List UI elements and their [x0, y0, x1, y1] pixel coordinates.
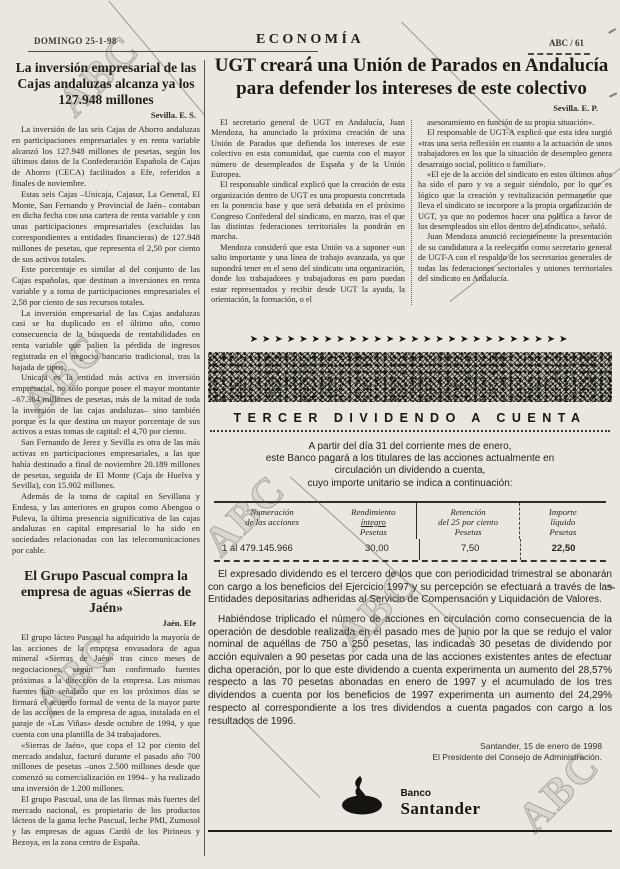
article1-paragraph: La inversión de las seis Cajas de Ahorro… [12, 124, 200, 189]
article1-paragraph: San Fernando de Jerez y Sevilla es otra … [12, 437, 200, 491]
left-column: La inversión empresarial de las Cajas an… [12, 60, 200, 848]
ad-intro-line: circulación un dividendo a cuenta, [208, 465, 612, 477]
main-article-paragraph: El responsable de UGT-A explicó que esta… [418, 128, 612, 170]
article2-headline: El Grupo Pascual compra la empresa de ag… [12, 568, 200, 616]
main-article-paragraph: Juan Mendoza anunció recientemente la pr… [418, 232, 612, 284]
col-header-retencion: Retención del 25 por ciento Pesetas [417, 503, 519, 539]
ad-intro-line: A partir del día 31 del corriente mes de… [208, 441, 612, 453]
page-number: ABC / 61 [549, 38, 584, 48]
section-title: ECONOMÍA [0, 32, 620, 48]
santander-logo: Banco Santander [208, 774, 612, 821]
article2-body: El grupo lácteo Pascual ha adquirido la … [12, 632, 200, 848]
ad-intro: A partir del día 31 del corriente mes de… [208, 441, 612, 490]
bottom-rule [208, 830, 612, 832]
article1-paragraph: La inversión empresarial de las Cajas an… [12, 308, 200, 373]
dividend-table-header: Numeración de las acciones Rendimiento í… [214, 503, 606, 539]
main-article-paragraph: El secretario general de UGT en Andalucí… [211, 118, 405, 180]
cell-importe: 22,50 [521, 539, 606, 560]
cell-numeracion: 1 al 479.145.966 [214, 539, 334, 560]
main-article-paragraph: «El eje de la acción del sindicato en es… [418, 170, 612, 232]
cell-rendimiento: 30,00 [334, 539, 420, 560]
article1-paragraph: Este porcentaje es similar al del conjun… [12, 264, 200, 307]
santander-flame-icon [339, 774, 385, 821]
santander-ad: TERCER DIVIDENDO A CUENTA A partir del d… [208, 352, 612, 832]
main-article-col1: El secretario general de UGT en Andalucí… [211, 118, 405, 305]
article1-byline: Sevilla. E. S. [12, 110, 196, 120]
ad-paragraph: Habiéndose triplicado el número de accio… [208, 614, 612, 728]
main-article-paragraph: Mendoza consideró que esta Unión va a su… [211, 243, 405, 305]
dividend-table: Numeración de las acciones Rendimiento í… [214, 501, 606, 562]
logo-line-banco: Banco [400, 789, 480, 799]
article1-paragraph: Además de la toma de capital en Sevillan… [12, 491, 200, 556]
cell-retencion: 7,50 [420, 539, 521, 560]
santander-logo-text: Banco Santander [400, 789, 480, 821]
article2: El Grupo Pascual compra la empresa de ag… [12, 568, 200, 848]
article2-byline: Jaén. Efe [12, 618, 196, 628]
article2-paragraph: El grupo lácteo Pascual ha adquirido la … [12, 632, 200, 740]
main-article-paragraph: El responsable sindical explicó que la c… [211, 180, 405, 242]
article1-paragraph: Estas seis Cajas –Unicaja, Cajasur, La G… [12, 189, 200, 265]
ad-body: El expresado dividendo es el tercero de … [208, 569, 612, 728]
main-article: UGT creará una Unión de Parados en Andal… [211, 55, 612, 305]
arrow-separator: ➤➤➤➤➤➤➤➤➤➤➤➤➤➤➤➤➤➤➤➤➤➤➤➤➤➤ [209, 334, 612, 345]
newspaper-page: DOMINGO 25-1-98 ECONOMÍA ABC / 61 La inv… [0, 0, 620, 869]
dithered-banner [208, 352, 612, 402]
ad-intro-line: cuyo importe unitario se indica a contin… [208, 478, 612, 490]
ad-signature: Santander, 15 de enero de 1998 El Presid… [208, 741, 612, 763]
col-header-importe: Importe líquido Pesetas [520, 503, 606, 539]
logo-line-santander: Santander [400, 800, 480, 817]
sub-column-divider [411, 120, 412, 305]
main-article-headline: UGT creará una Unión de Parados en Andal… [211, 55, 612, 100]
article2-paragraph: «Sierras de Jaén», que copa el 12 por ci… [12, 740, 200, 794]
article2-paragraph: El grupo Pascual, una de las firmas más … [12, 794, 200, 848]
main-article-paragraph: asesoramiento en función de su propia si… [418, 118, 612, 128]
ad-title: TERCER DIVIDENDO A CUENTA [208, 411, 612, 425]
signature-signer: El Presidente del Consejo de Administrac… [208, 752, 602, 763]
article1-body: La inversión de las seis Cajas de Ahorro… [12, 124, 200, 556]
signature-place-date: Santander, 15 de enero de 1998 [208, 741, 602, 752]
column-divider [204, 60, 205, 856]
col-header-rendimiento: Rendimiento íntegro Pesetas [330, 503, 417, 539]
col-header-numeracion: Numeración de las acciones [214, 503, 330, 539]
article1-headline: La inversión empresarial de las Cajas an… [12, 60, 200, 108]
ad-intro-line: este Banco pagará a los titulares de las… [208, 453, 612, 465]
main-article-columns: El secretario general de UGT en Andalucí… [211, 118, 612, 305]
header-rule [28, 51, 318, 52]
dotted-rule [210, 430, 610, 432]
article1-paragraph: Unicaja es la entidad más activa en inve… [12, 372, 200, 437]
ad-paragraph: El expresado dividendo es el tercero de … [208, 569, 612, 607]
main-article-byline: Sevilla. E. P. [211, 103, 598, 113]
dividend-table-row: 1 al 479.145.966 30,00 7,50 22,50 [214, 539, 606, 562]
main-article-col2: asesoramiento en función de su propia si… [418, 118, 612, 305]
